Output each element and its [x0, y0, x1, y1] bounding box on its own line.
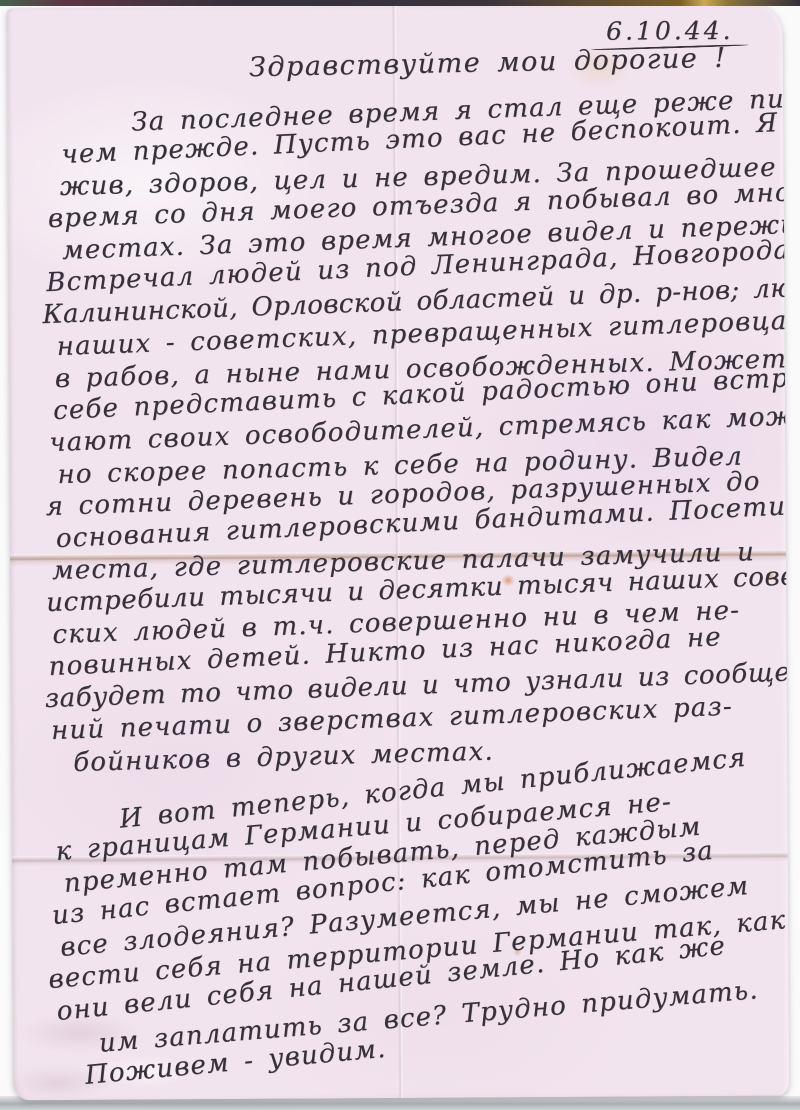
letter-body-paragraph-1: За последнее время я стал еще реже писат… — [35, 104, 775, 780]
letter-date: 6.10.44. — [591, 16, 749, 46]
scanned-letter-page: { "colors": { "paper": "#f2e4ef", "ink":… — [0, 0, 800, 1110]
letter-paper: 6.10.44. Здравствуйте мои дорогие ! За п… — [7, 4, 790, 1101]
letter-body-paragraph-2: И вот теперь, когда мы приближаемся к гр… — [28, 801, 782, 1094]
scanner-top-edge — [0, 0, 800, 6]
letter-salutation: Здравствуйте мои дорогие ! — [249, 43, 727, 84]
